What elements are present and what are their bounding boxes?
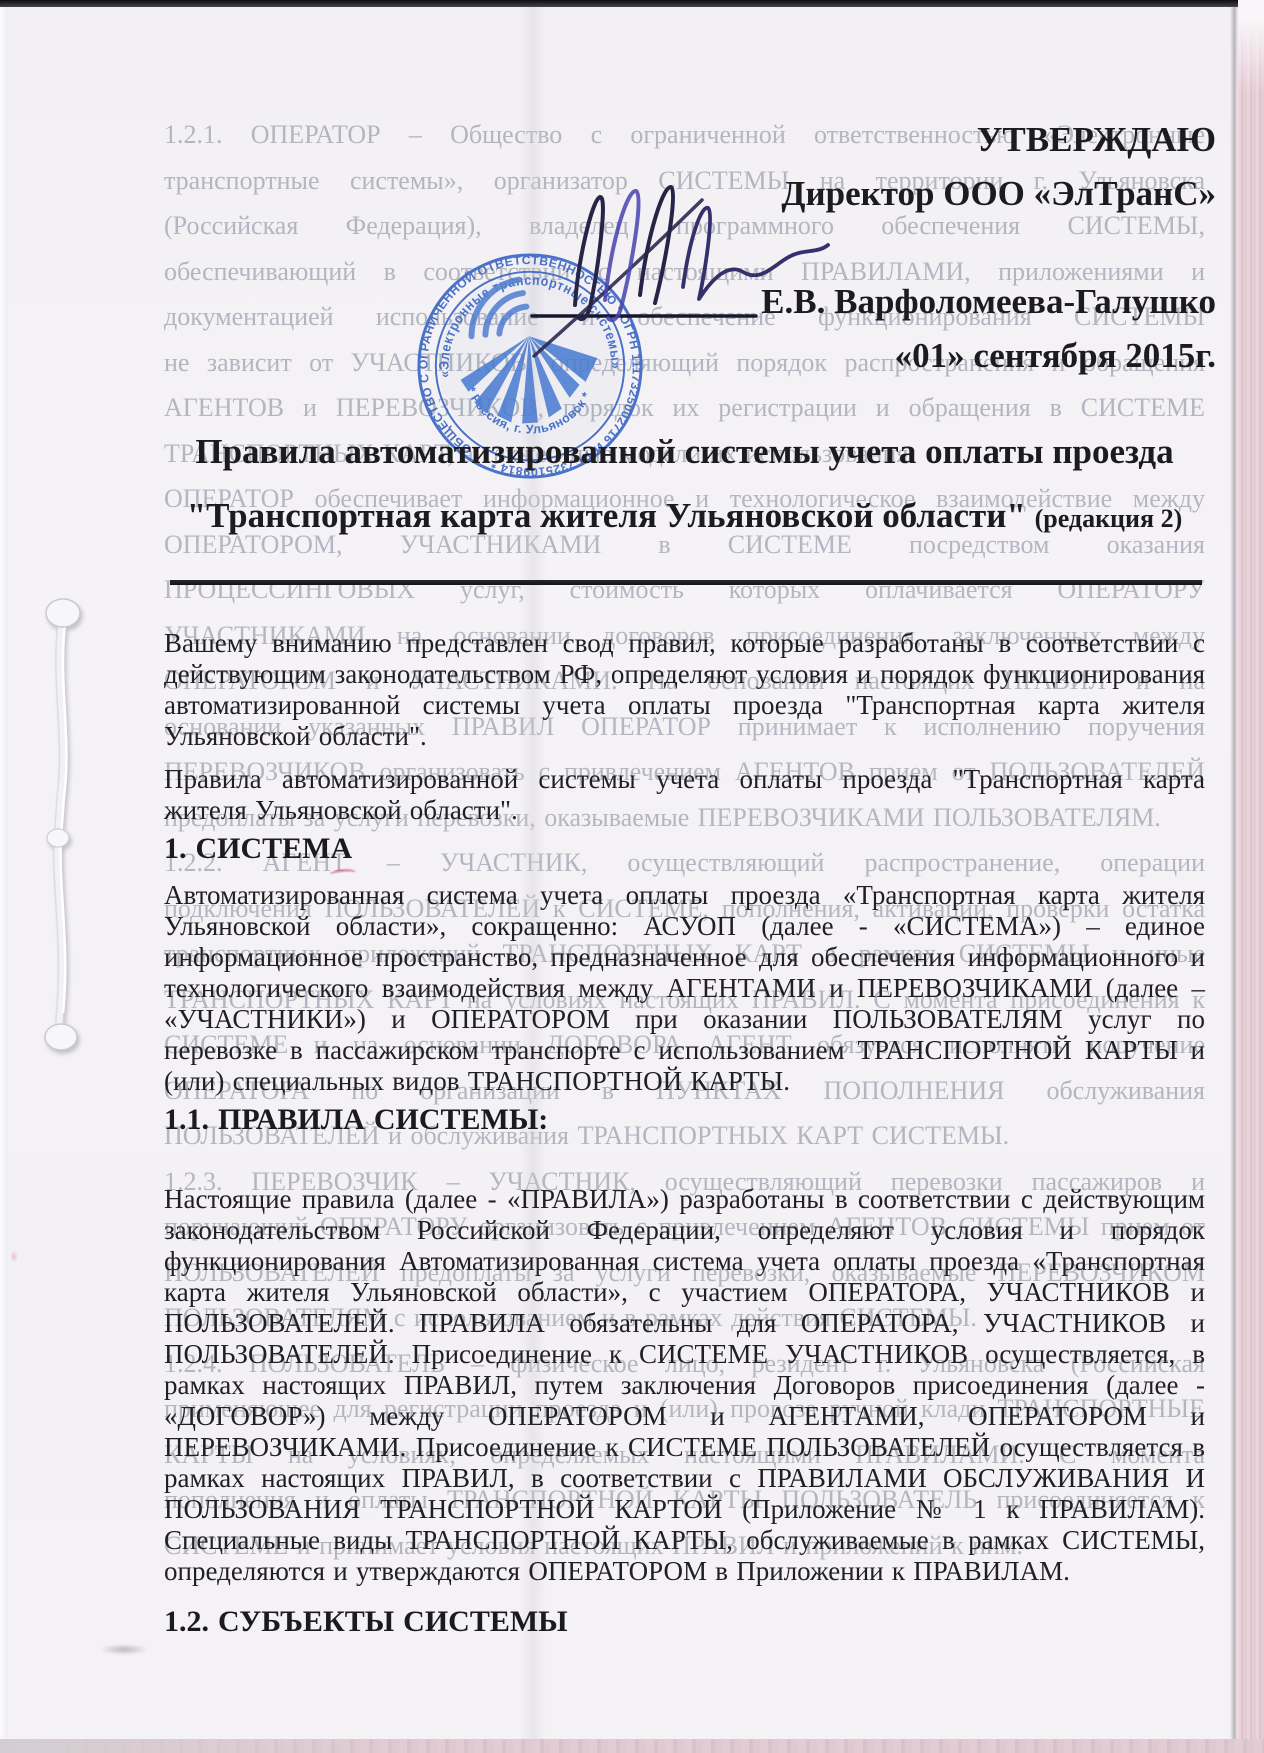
- thread-knot-top: [46, 599, 80, 627]
- scanner-edge-top: [0, 0, 1264, 7]
- thread-knot-middle: [47, 829, 69, 847]
- pink-fleck: [10, 1250, 18, 1263]
- section-1-1-heading: 1.1. ПРАВИЛА СИСТЕМЫ:: [164, 1103, 1205, 1137]
- binding-thread: [25, 585, 105, 1065]
- paper-edge-left: [0, 0, 8, 1753]
- section-1-body: Автоматизированная система учета оплаты …: [164, 880, 1205, 1097]
- thread-knot-bottom: [45, 1024, 77, 1050]
- director-signature: [440, 175, 860, 465]
- approval-date: «01» сентября 2015г.: [895, 336, 1216, 376]
- section-1-2-heading: 1.2. СУБЪЕКТЫ СИСТЕМЫ: [164, 1605, 1205, 1639]
- scanner-strip-right-fade: [1238, 0, 1264, 95]
- intro-paragraph-1: Вашему вниманию представлен свод правил,…: [164, 628, 1205, 752]
- scan-smudge: [100, 1644, 148, 1655]
- title-divider-rule: [170, 580, 1202, 585]
- paper-edge-right-shadow: [1230, 0, 1238, 1753]
- section-1-1-body: Настоящие правила (далее - «ПРАВИЛА») ра…: [164, 1184, 1205, 1587]
- scanner-strip-right: [1238, 0, 1264, 1753]
- document-title-line2: "Транспортная карта жителя Ульяновской о…: [164, 484, 1205, 551]
- scanner-strip-bottom-gray: [0, 1739, 420, 1753]
- approval-heading: УТВЕРЖДАЮ: [977, 120, 1216, 160]
- document-title-revision: (редакция 2): [1035, 504, 1183, 533]
- document-body: Вашему вниманию представлен свод правил,…: [164, 628, 1205, 1639]
- section-1-heading: 1. СИСТЕМА: [164, 832, 1205, 866]
- intro-paragraph-2: Правила автоматизированной системы учета…: [164, 764, 1205, 826]
